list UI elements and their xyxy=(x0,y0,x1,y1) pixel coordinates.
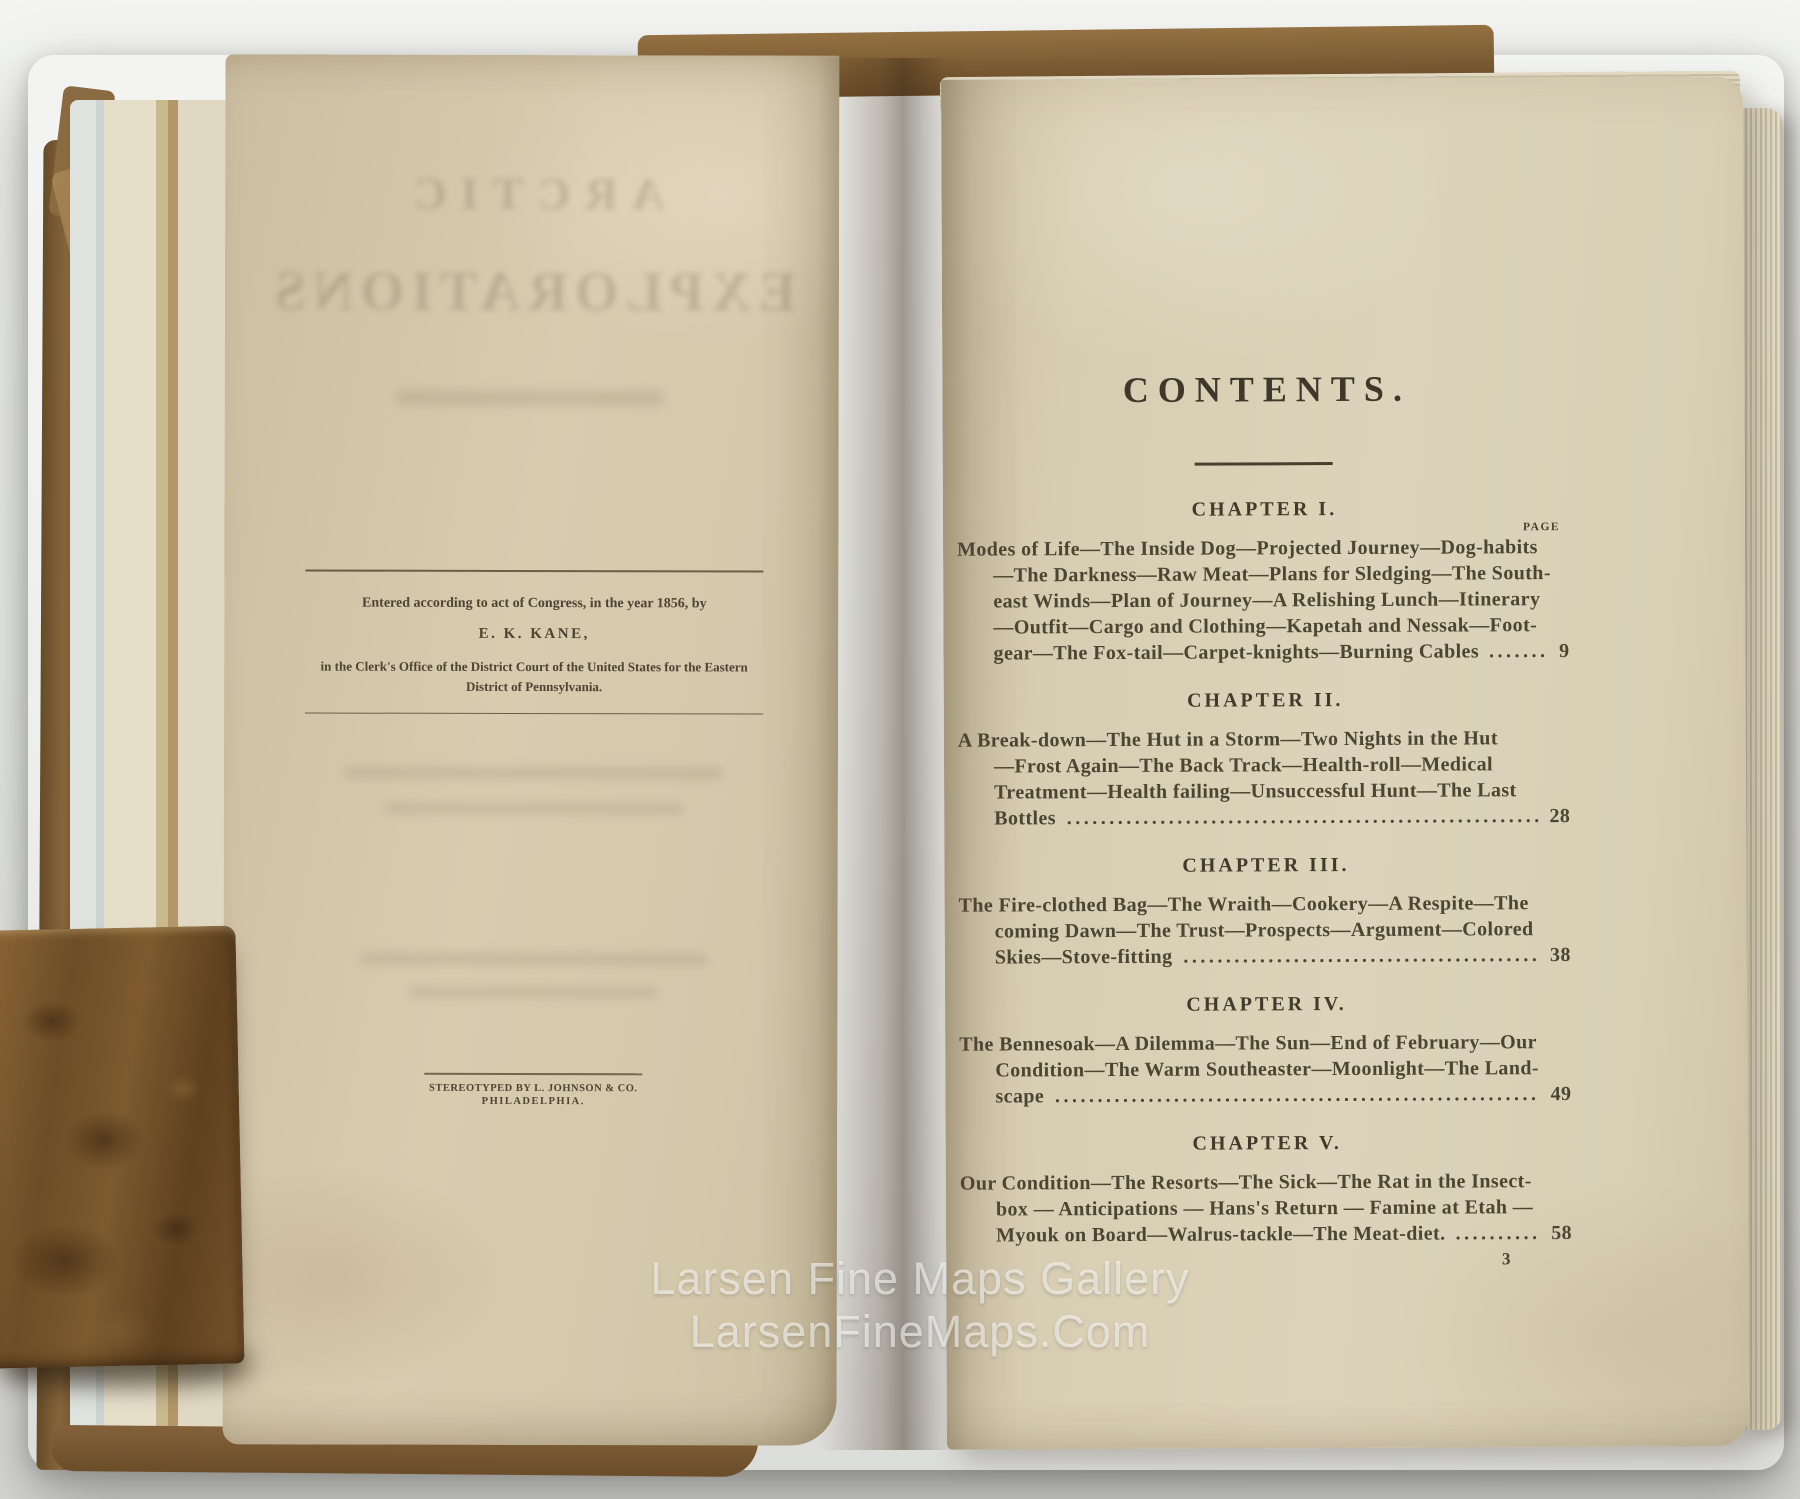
left-page: ARCTIC EXPLORATIONS Entered according to… xyxy=(223,54,840,1445)
book-gutter-shadow xyxy=(818,58,970,1450)
printer-imprint: STEREOTYPED BY L. JOHNSON & CO. PHILADEL… xyxy=(403,1073,663,1107)
toc-line-text: gear—The Fox-tail—Carpet-knights—Burning… xyxy=(993,638,1479,666)
bleed-through-blur xyxy=(395,390,665,407)
chapter-heading: CHAPTER V. xyxy=(960,1131,1572,1157)
toc-chapter-1: CHAPTER I. Modes of Life—The Inside Dog—… xyxy=(957,497,1570,667)
bleed-through-blur xyxy=(344,767,724,780)
table-of-contents: CHAPTER I. Modes of Life—The Inside Dog—… xyxy=(957,497,1572,1249)
dotted-leader xyxy=(1181,955,1540,966)
imprint-rule xyxy=(424,1073,642,1075)
watermark-line-2: LarsenFineMaps.Com xyxy=(650,1305,1189,1358)
toc-line: —Frost Again—The Back Track—Health-roll—… xyxy=(958,751,1570,780)
toc-line: box — Anticipations — Hans's Return — Fa… xyxy=(960,1194,1572,1223)
toc-chapter-2: CHAPTER II. A Break-down—The Hut in a St… xyxy=(958,688,1571,832)
dotted-leader xyxy=(1065,816,1540,827)
photo-of-open-book: ARCTIC EXPLORATIONS Entered according to… xyxy=(0,0,1800,1499)
toc-chapter-5: CHAPTER V. Our Condition—The Resorts—The… xyxy=(960,1131,1572,1249)
toc-chapter-3: CHAPTER III. The Fire-clothed Bag—The Wr… xyxy=(958,853,1570,971)
toc-page-number: 49 xyxy=(1551,1081,1572,1107)
chapter-heading: CHAPTER IV. xyxy=(959,992,1571,1018)
toc-line: The Fire-clothed Bag—The Wraith—Cookery—… xyxy=(959,890,1571,919)
copyright-rule-bottom xyxy=(305,712,763,714)
toc-line-text: Bottles xyxy=(994,805,1056,831)
burl-wood-weight-block xyxy=(0,925,245,1368)
toc-line-text: Myouk on Board—Walrus-tackle—The Meat-di… xyxy=(996,1221,1446,1249)
watermark: Larsen Fine Maps Gallery LarsenFineMaps.… xyxy=(650,1252,1189,1358)
toc-line: Our Condition—The Resorts—The Sick—The R… xyxy=(960,1168,1572,1197)
watermark-line-1: Larsen Fine Maps Gallery xyxy=(650,1252,1189,1305)
copyright-rule-top xyxy=(305,570,763,572)
dotted-leader xyxy=(1053,1094,1541,1105)
chapter-heading: CHAPTER II. xyxy=(958,688,1570,714)
toc-line-with-page: gear—The Fox-tail—Carpet-knights—Burning… xyxy=(957,638,1569,667)
dotted-leader xyxy=(1488,651,1549,660)
dotted-leader xyxy=(1454,1233,1541,1242)
imprint-line: PHILADELPHIA. xyxy=(403,1095,663,1107)
toc-line: east Winds—Plan of Journey—A Relishing L… xyxy=(957,586,1569,615)
toc-line-with-page: Skies—Stove-fitting 38 xyxy=(959,942,1571,971)
copyright-author: E. K. KANE, xyxy=(269,625,799,643)
imprint-line: STEREOTYPED BY L. JOHNSON & CO. xyxy=(403,1082,663,1094)
toc-line: —The Darkness—Raw Meat—Plans for Sledgin… xyxy=(957,560,1569,589)
toc-page-number: 58 xyxy=(1551,1220,1572,1246)
toc-line: Modes of Life—The Inside Dog—Projected J… xyxy=(957,534,1569,563)
toc-line-text: scape xyxy=(995,1083,1044,1109)
copyright-line: Entered according to act of Congress, in… xyxy=(269,595,799,612)
bleed-through-title-line: ARCTIC xyxy=(225,166,839,220)
toc-line-text: Skies—Stove-fitting xyxy=(995,944,1173,971)
toc-line-with-page: Bottles 28 xyxy=(958,803,1570,832)
toc-line: A Break-down—The Hut in a Storm—Two Nigh… xyxy=(958,725,1570,754)
bleed-through-blur xyxy=(359,953,709,966)
toc-page-number: 9 xyxy=(1559,638,1570,664)
toc-line: Condition—The Warm Southeaster—Moonlight… xyxy=(959,1055,1571,1084)
toc-line: Treatment—Health failing—Unsuccessful Hu… xyxy=(958,777,1570,806)
chapter-heading: CHAPTER I. xyxy=(957,497,1569,523)
bleed-through-blur xyxy=(408,987,658,999)
toc-line: —Outfit—Cargo and Clothing—Kapetah and N… xyxy=(957,612,1569,641)
chapter-heading: CHAPTER III. xyxy=(958,853,1570,879)
contents-title: CONTENTS. xyxy=(956,367,1568,412)
copyright-line: in the Clerk's Office of the District Co… xyxy=(269,658,799,675)
toc-line: coming Dawn—The Trust—Prospects—Argument… xyxy=(959,916,1571,945)
right-page-contents: CONTENTS. PAGE CHAPTER I. Modes of Life—… xyxy=(941,76,1749,1449)
toc-chapter-4: CHAPTER IV. The Bennesoak—A Dilemma—The … xyxy=(959,992,1571,1110)
bleed-through-title-line: EXPLORATIONS xyxy=(225,259,839,324)
copyright-block: Entered according to act of Congress, in… xyxy=(269,569,799,714)
toc-line-with-page: Myouk on Board—Walrus-tackle—The Meat-di… xyxy=(960,1220,1572,1249)
folio-number: 3 xyxy=(1484,1249,1528,1269)
toc-page-number: 28 xyxy=(1549,803,1570,829)
toc-line-with-page: scape 49 xyxy=(959,1081,1571,1110)
bleed-through-blur xyxy=(384,803,684,815)
toc-line: The Bennesoak—A Dilemma—The Sun—End of F… xyxy=(959,1029,1571,1058)
contents-title-rule xyxy=(1195,462,1333,465)
toc-page-number: 38 xyxy=(1550,942,1571,968)
copyright-line: District of Pennsylvania. xyxy=(269,678,799,695)
